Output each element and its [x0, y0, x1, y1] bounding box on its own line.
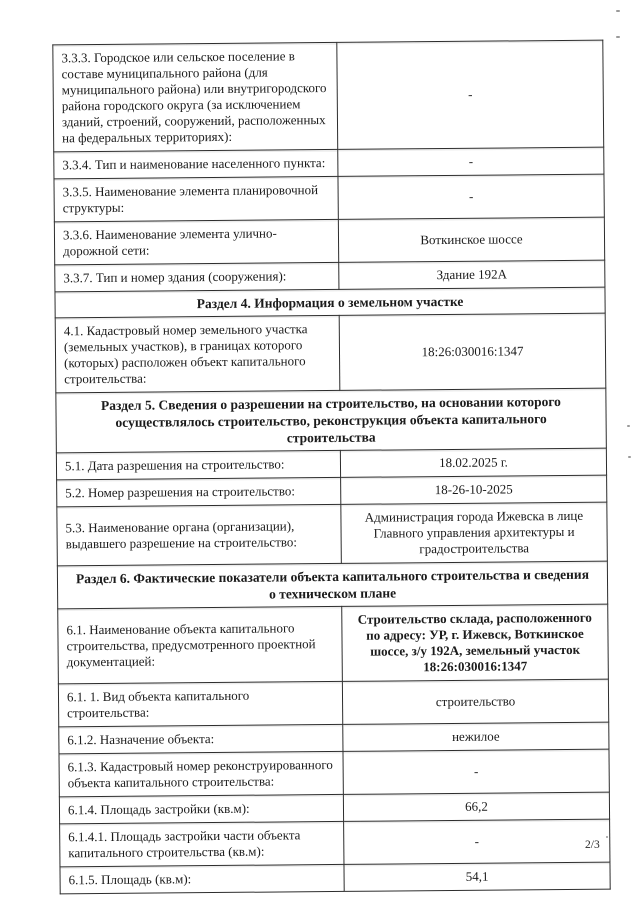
row-value: 54,1 — [344, 862, 610, 891]
row-value: Строительство склада, расположенного по … — [342, 604, 609, 681]
section-row: Раздел 5. Сведения о разрешении на строи… — [56, 388, 607, 453]
table-row: 3.3.6. Наименование элемента улично-доро… — [54, 217, 604, 265]
row-label: 3.3.7. Тип и номер здания (сооружения): — [55, 262, 339, 291]
scan-speck — [616, 36, 620, 38]
row-label: 6.1.5. Площадь (кв.м): — [60, 864, 344, 893]
row-label: 5.3. Наименование органа (организации), … — [57, 504, 342, 565]
table-row: 4.1. Кадастровый номер земельного участк… — [55, 313, 606, 393]
row-value: - — [344, 819, 610, 864]
row-value: 18:26:030016:1347 — [339, 313, 606, 390]
section-header: Раздел 6. Фактические показатели объекта… — [57, 561, 607, 609]
table-row: 5.3. Наименование органа (организации), … — [57, 502, 607, 566]
scan-speck — [606, 836, 608, 838]
scanned-page: 3.3.3. Городское или сельское поселение … — [0, 0, 637, 900]
row-value: - — [338, 174, 604, 219]
table-row: 3.3.5. Наименование элемента планировочн… — [54, 174, 604, 222]
row-value: - — [343, 749, 609, 794]
row-value: Администрация города Ижевска в лице Глав… — [341, 502, 608, 563]
document-table: 3.3.3. Городское или сельское поселение … — [52, 40, 610, 895]
row-value: строительство — [342, 679, 608, 724]
scan-speck — [627, 425, 630, 427]
row-value: 18-26-10-2025 — [341, 475, 607, 504]
table-row: 6.1. Наименование объекта капитального с… — [58, 604, 609, 684]
scan-speck — [616, 10, 620, 12]
row-label: 5.2. Номер разрешения на строительство: — [57, 477, 341, 506]
row-label: 3.3.6. Наименование элемента улично-доро… — [54, 219, 338, 264]
row-label: 3.3.4. Тип и наименование населенного пу… — [54, 149, 338, 178]
row-label: 6.1.2. Назначение объекта: — [59, 724, 343, 753]
section-row: Раздел 6. Фактические показатели объекта… — [57, 561, 607, 609]
row-label: 5.1. Дата разрешения на строительство: — [56, 450, 340, 479]
page-number: 2/3 — [585, 839, 600, 851]
row-label: 3.3.3. Городское или сельское поселение … — [53, 42, 338, 151]
row-label: 6.1.4. Площадь застройки (кв.м): — [59, 794, 343, 823]
table-row: 6.1. 1. Вид объекта капитального строите… — [58, 679, 608, 727]
table-row: 3.3.3. Городское или сельское поселение … — [53, 40, 604, 152]
table-row: 6.1.5. Площадь (кв.м): 54,1 — [60, 862, 610, 894]
row-label: 3.3.5. Наименование элемента планировочн… — [54, 176, 338, 221]
table-row: 6.1.3. Кадастровый номер реконструирован… — [59, 749, 609, 797]
row-label: 6.1. 1. Вид объекта капитального строите… — [58, 681, 342, 726]
table-row: 6.1.4.1. Площадь застройки части объекта… — [60, 819, 610, 867]
row-label: 6.1.3. Кадастровый номер реконструирован… — [59, 751, 343, 796]
section-header: Раздел 5. Сведения о разрешении на строи… — [56, 388, 607, 453]
row-value: нежилое — [343, 722, 609, 751]
row-value: Здание 192А — [339, 260, 605, 289]
row-label: 6.1. Наименование объекта капитального с… — [58, 606, 343, 683]
row-label: 4.1. Кадастровый номер земельного участк… — [55, 315, 340, 392]
row-label: 6.1.4.1. Площадь застройки части объекта… — [60, 821, 344, 866]
row-value: Воткинское шоссе — [338, 217, 604, 262]
row-value: - — [337, 40, 604, 149]
row-value: - — [338, 147, 604, 176]
row-value: 66,2 — [343, 792, 609, 821]
row-value: 18.02.2025 г. — [340, 448, 606, 477]
scan-speck — [628, 456, 631, 458]
